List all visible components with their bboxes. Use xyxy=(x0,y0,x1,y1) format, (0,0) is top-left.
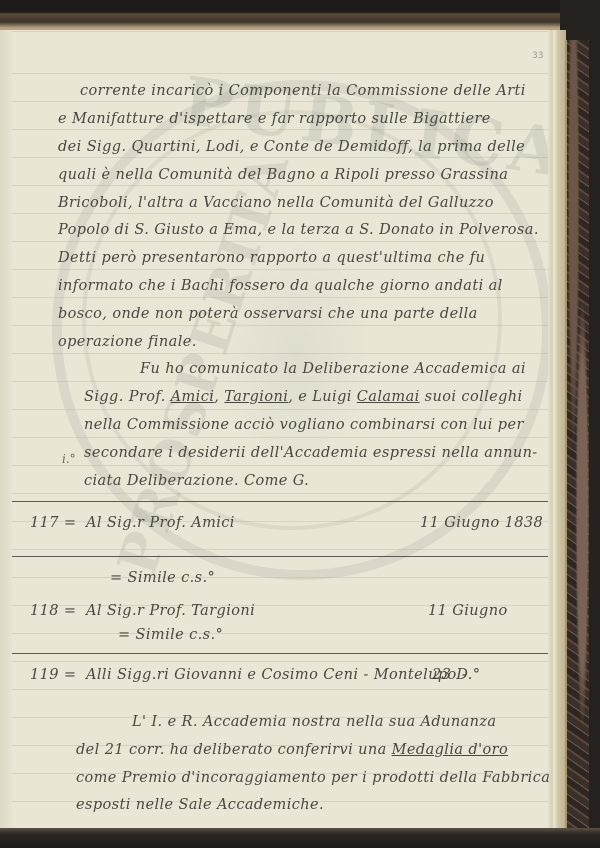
text-line: Popolo di S. Giusto a Ema, e la terza a … xyxy=(58,222,539,238)
entry-recipient: Alli Sigg.ri Giovanni e Cosimo Ceni - Mo… xyxy=(86,667,467,683)
text-fragment: Sigg. Prof. xyxy=(84,389,171,405)
underlined-phrase: Medaglia d'oro xyxy=(392,742,508,758)
underlined-name: Amici xyxy=(171,389,215,405)
text-fragment: del 21 corr. ha deliberato conferirvi un… xyxy=(76,742,392,758)
text-line: dei Sigg. Quartini, Lodi, e Conte de Dem… xyxy=(58,139,525,155)
text-line: informato che i Bachi fossero da qualche… xyxy=(58,278,503,294)
entry-body-line: del 21 corr. ha deliberato conferirvi un… xyxy=(76,742,508,758)
text-line: operazione finale. xyxy=(58,334,197,350)
entry-divider xyxy=(12,556,548,557)
entry-body-line: esposti nelle Sale Accademiche. xyxy=(76,797,324,813)
entry-divider xyxy=(12,653,548,654)
text-line: bosco, onde non poterà osservarsi che un… xyxy=(58,306,478,322)
text-line: secondare i desiderii dell'Accademia esp… xyxy=(84,445,538,461)
entry-body-line: L' I. e R. Accademia nostra nella sua Ad… xyxy=(132,714,496,730)
margin-mark: i.° xyxy=(62,452,76,466)
text-fragment: suoi colleghi xyxy=(420,389,523,405)
entry-divider xyxy=(12,501,548,502)
underlined-name: Calamai xyxy=(357,389,420,405)
page-number: 33 xyxy=(532,52,543,60)
text-line: Fu ho comunicato la Deliberazione Accade… xyxy=(140,361,526,377)
entry-number: 118 = xyxy=(30,603,76,619)
text-fragment: , e Luigi xyxy=(288,389,357,405)
page-stack-edge xyxy=(548,30,566,830)
entry-number: 119 = xyxy=(30,667,76,683)
text-fragment: , xyxy=(214,389,224,405)
text-line: Detti però presentarono rapporto a quest… xyxy=(58,250,485,266)
entry-recipient: Al Sig.r Prof. Amici xyxy=(86,515,235,531)
underlined-name: Targioni xyxy=(224,389,288,405)
entry-recipient: Al Sig.r Prof. Targioni xyxy=(86,603,255,619)
entry-note: = Simile c.s.° xyxy=(118,627,223,643)
text-line: nella Commissione acciò vogliano combina… xyxy=(84,417,524,433)
entry-date: 23 D.° xyxy=(432,667,480,683)
text-line: quali è nella Comunità del Bagno a Ripol… xyxy=(58,167,508,183)
text-line: corrente incaricò i Componenti la Commis… xyxy=(80,83,526,99)
text-line: e Manifatture d'ispettare e far rapporto… xyxy=(58,111,491,127)
text-line: Bricoboli, l'altra a Vacciano nella Comu… xyxy=(58,195,494,211)
book-binding-bottom xyxy=(0,828,600,848)
entry-note: = Simile c.s.° xyxy=(110,570,215,586)
entry-number: 117 = xyxy=(30,515,76,531)
entry-body-line: come Premio d'incoraggiamento per i prod… xyxy=(76,770,550,786)
entry-date: 11 Giugno xyxy=(428,603,508,619)
text-line: ciata Deliberazione. Come G. xyxy=(84,473,309,489)
entry-date: 11 Giugno 1838 xyxy=(420,515,543,531)
text-line-with-names: Sigg. Prof. Amici, Targioni, e Luigi Cal… xyxy=(84,389,523,405)
marbled-cover-edge xyxy=(565,40,589,830)
